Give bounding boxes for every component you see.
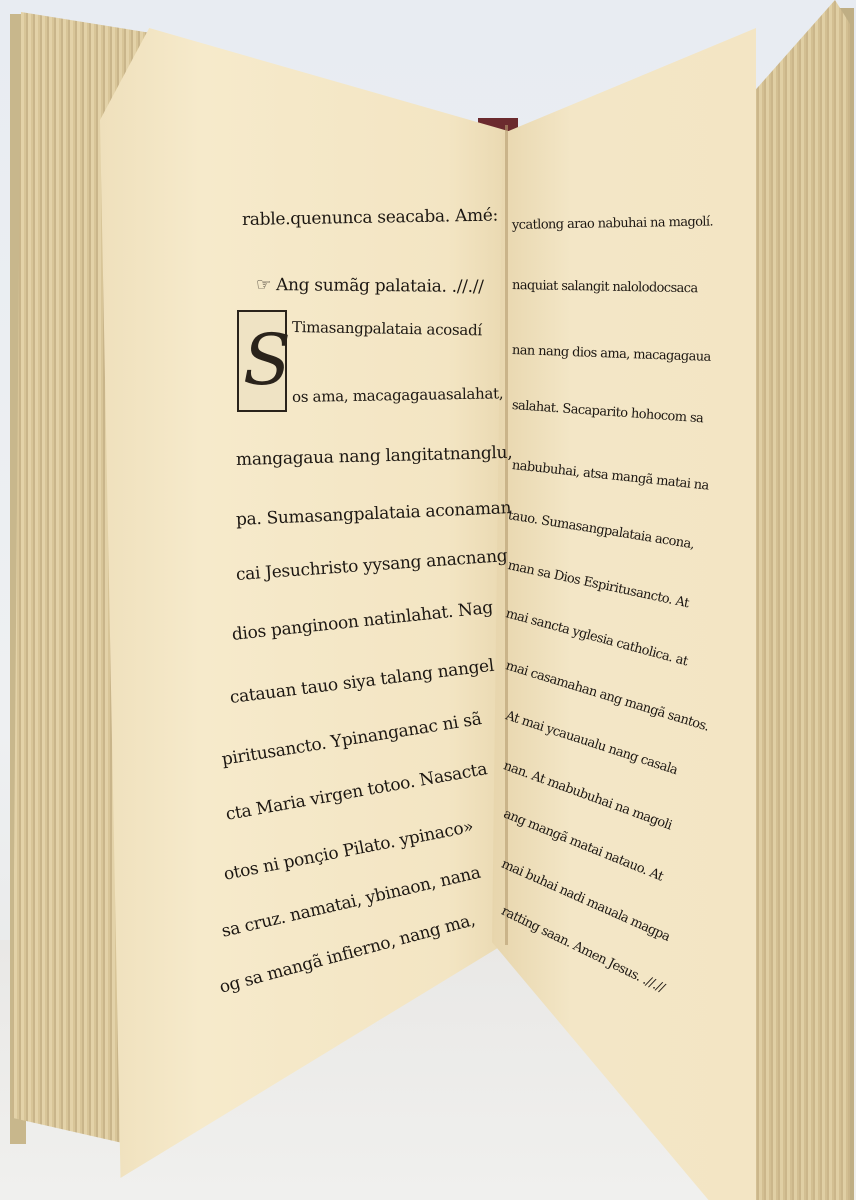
decorated-initial: S [237, 310, 287, 412]
text-line: naquiat salangit nalolodocsaca [512, 278, 698, 296]
right-page-edges [750, 0, 850, 1200]
initial-letter: S [243, 320, 291, 400]
text-line: Timasangpalataia acosadí [292, 318, 482, 339]
text-line: ☞ Ang sumãg palataia. .//.// [256, 275, 484, 297]
text-line: os ama, macagagauasalahat, [292, 384, 504, 406]
book-photo: S rable.quenunca seacaba. Amé: ☞ Ang sum… [0, 0, 856, 1200]
